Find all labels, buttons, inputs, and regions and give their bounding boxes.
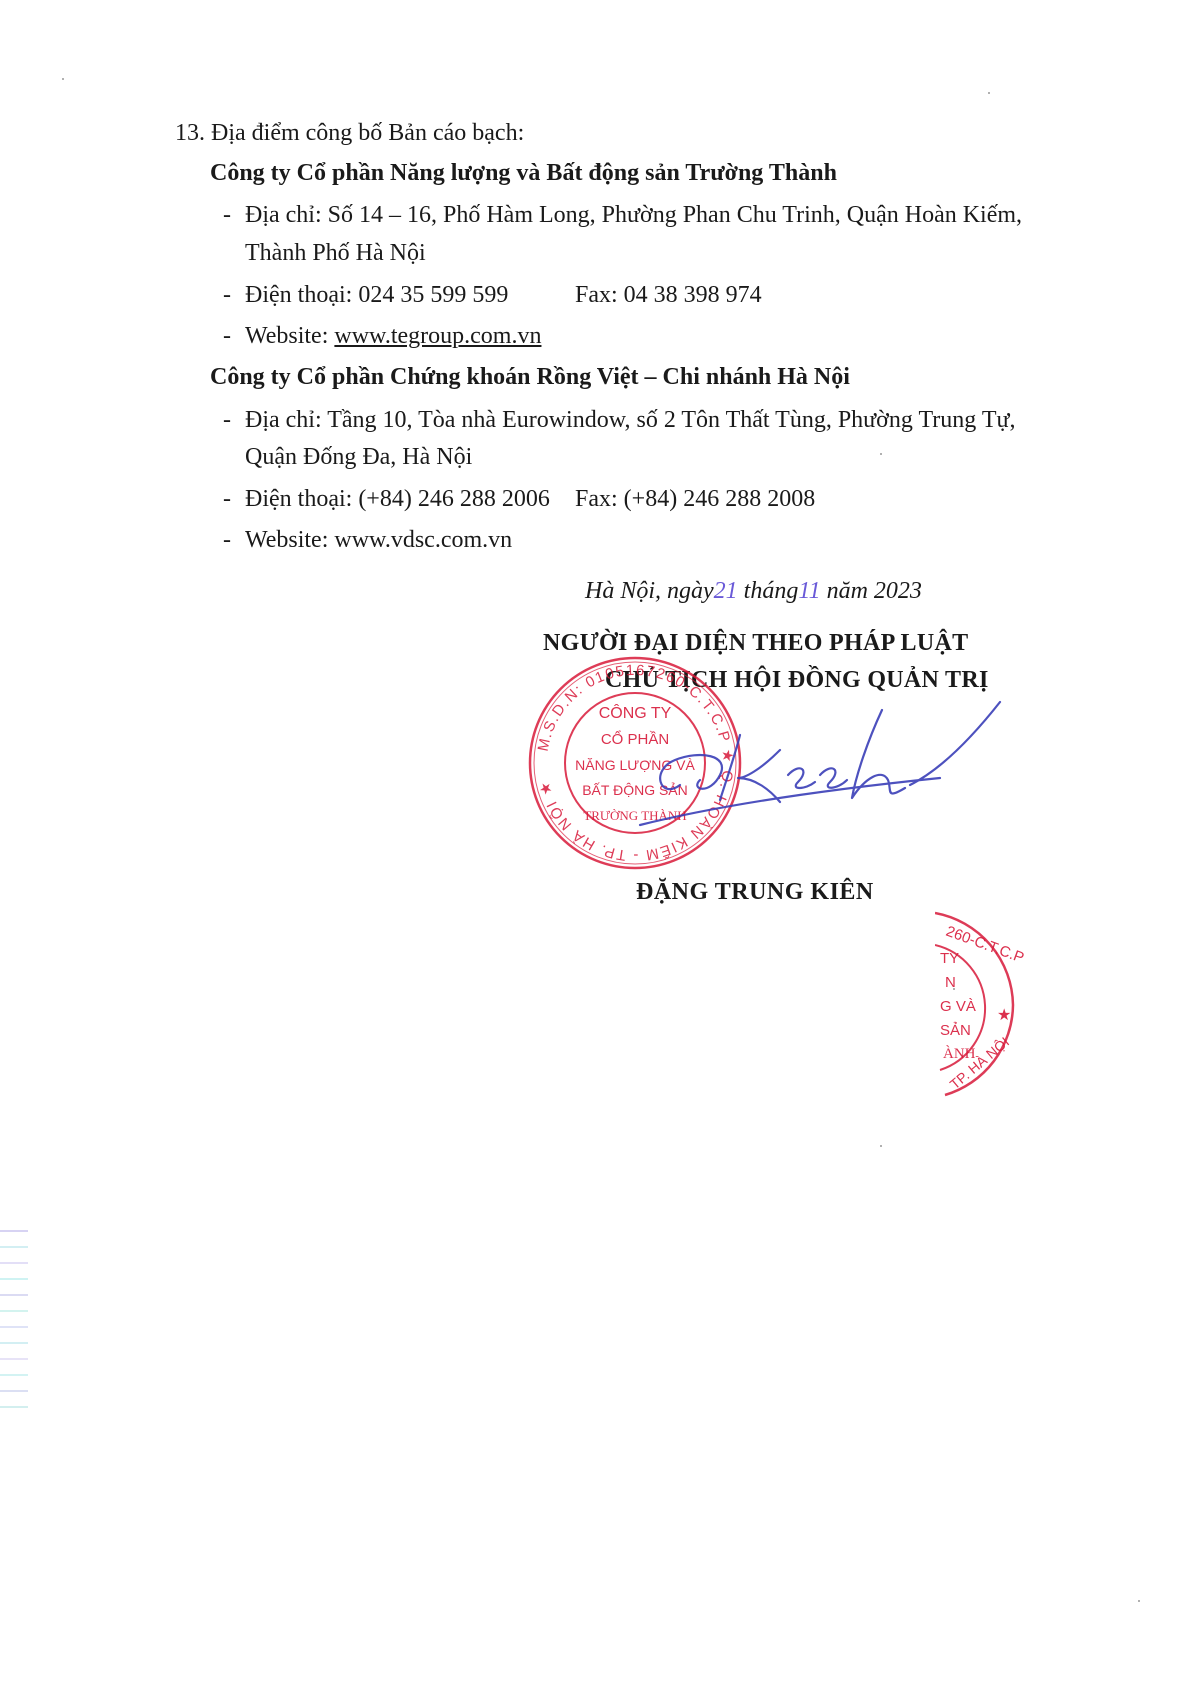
signer-name: ĐẶNG TRUNG KIÊN <box>636 877 874 907</box>
scan-speck <box>62 78 64 80</box>
company-1-fax: Fax: 04 38 398 974 <box>575 280 762 310</box>
company-1-address: Địa chỉ: Số 14 – 16, Phố Hàm Long, Phườn… <box>245 200 1022 230</box>
bullet: - <box>223 407 231 434</box>
svg-text:★: ★ <box>997 1007 1011 1024</box>
signature <box>620 690 1020 830</box>
svg-text:TY: TY <box>940 950 959 967</box>
company-2-address: Địa chỉ: Tầng 10, Tòa nhà Eurowindow, số… <box>245 405 1015 435</box>
company-2-website-link[interactable]: www.vdsc.com.vn <box>334 527 512 553</box>
partial-stamp: 260-C.T.C.P ★ TY N G VÀ SẢN ÀNH TP. HÀ N… <box>935 905 1025 1105</box>
svg-text:SẢN: SẢN <box>940 1022 971 1039</box>
bullet: - <box>223 202 231 229</box>
scan-speck <box>880 1145 882 1147</box>
scan-speck <box>953 988 955 990</box>
company-2-phone: Điện thoại: (+84) 246 288 2006 <box>245 484 550 514</box>
bullet: - <box>223 323 231 350</box>
scan-artifacts <box>0 1230 28 1550</box>
bullet: - <box>223 282 231 309</box>
scan-speck <box>988 92 990 94</box>
company-1-phone: Điện thoại: 024 35 599 599 <box>245 280 508 310</box>
company-1-address-cont: Thành Phố Hà Nội <box>245 238 426 268</box>
document-page: 13. Địa điểm công bố Bản cáo bạch: Công … <box>0 0 1200 1696</box>
bullet: - <box>223 527 231 554</box>
svg-text:G VÀ: G VÀ <box>940 998 976 1015</box>
handwritten-day: 21 <box>714 578 738 604</box>
bullet: - <box>223 486 231 513</box>
handwritten-month: 11 <box>798 578 820 604</box>
company-2-name: Công ty Cổ phần Chứng khoán Rồng Việt – … <box>210 362 850 392</box>
company-1-website: Website: www.tegroup.com.vn <box>245 321 541 351</box>
company-1-website-link[interactable]: www.tegroup.com.vn <box>334 323 541 349</box>
company-1-name: Công ty Cổ phần Năng lượng và Bất động s… <box>210 158 837 188</box>
scan-speck <box>1138 1600 1140 1602</box>
company-2-fax: Fax: (+84) 246 288 2008 <box>575 484 815 514</box>
company-2-address-cont: Quận Đống Đa, Hà Nội <box>245 442 472 472</box>
section-title: Địa điểm công bố Bản cáo bạch: <box>211 120 524 146</box>
section-heading: 13. Địa điểm công bố Bản cáo bạch: <box>175 118 524 148</box>
company-2-website: Website: www.vdsc.com.vn <box>245 525 512 555</box>
scan-speck <box>880 453 882 455</box>
section-number: 13. <box>175 120 205 146</box>
date-line: Hà Nội, ngày21 tháng11 năm 2023 <box>585 576 922 606</box>
